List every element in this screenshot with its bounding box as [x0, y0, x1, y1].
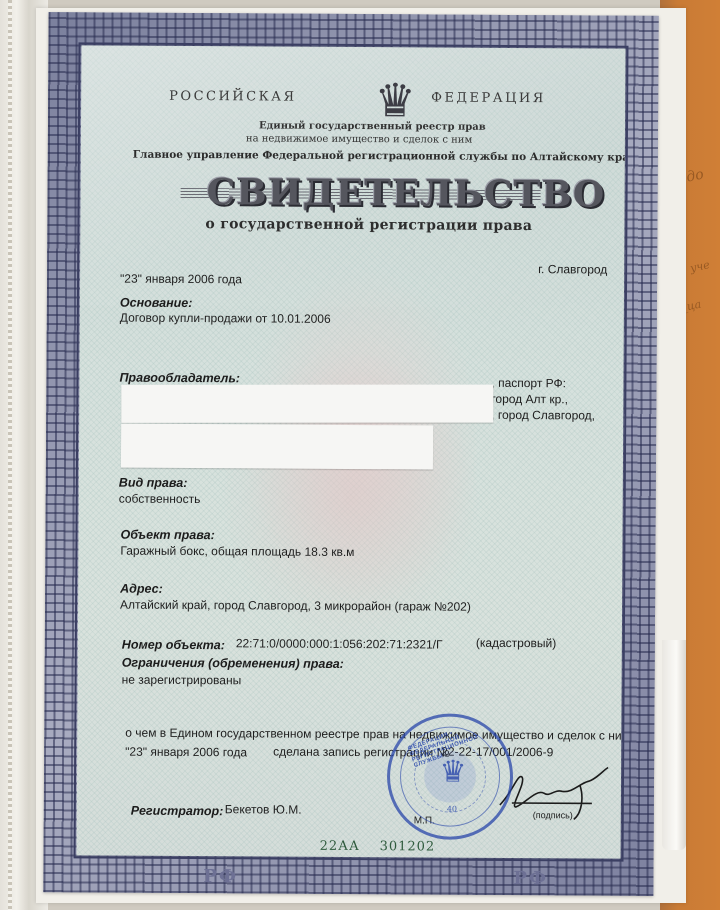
basis-label: Основание:: [120, 296, 193, 310]
redaction-strip: [121, 385, 493, 423]
object-label: Объект права:: [120, 528, 214, 543]
basis-value: Договор купли-продажи от 10.01.2006: [120, 311, 331, 326]
object-number-label: Номер объекта:: [122, 638, 225, 653]
object-value: Гаражный бокс, общая площадь 18.3 кв.м: [120, 544, 354, 559]
certificate-field: РОССИЙСКАЯ ♛ ФЕДЕРАЦИЯ Единый государств…: [77, 45, 626, 858]
right-type-value: собственность: [119, 492, 201, 506]
registry-record-line: о чем в Едином государственном реестре п…: [125, 726, 625, 743]
object-number-value: 22:71:0/0000:000:1:056:202:71:2321/Г: [236, 636, 443, 651]
encumbrance-label: Ограничения (обременения) права:: [122, 656, 344, 671]
holder-label: Правообладатель:: [119, 371, 240, 386]
printer-imprint: [660, 854, 666, 856]
serial-series: 22АА: [320, 839, 360, 854]
border-mark-rf: РФ: [513, 868, 548, 889]
border-mark-rf: РФ: [203, 866, 238, 887]
certificate: РФ РФ РОССИЙСКАЯ ♛ ФЕДЕРАЦИЯ Единый госу…: [43, 12, 658, 896]
serial-number: 301202: [380, 839, 436, 854]
registry-line-1: Единый государственный реестр прав: [259, 120, 486, 132]
certificate-title: СВИДЕТЕЛЬСТВО: [206, 171, 605, 215]
country-right: ФЕДЕРАЦИЯ: [431, 90, 546, 106]
registry-line-2: на недвижимое имущество и сделок с ним: [246, 133, 472, 145]
address-value: Алтайский край, город Славгород, 3 микро…: [120, 598, 471, 614]
department-name: Главное управление Федеральной регистрац…: [133, 149, 626, 164]
object-number-type: (кадастровый): [476, 636, 556, 650]
stamp-eagle-icon: ♛: [436, 755, 470, 791]
address-label: Адрес:: [120, 582, 163, 596]
encumbrance-value: не зарегистрированы: [122, 673, 242, 688]
redaction-strip: [121, 424, 433, 470]
folder-handwriting: уче: [689, 258, 711, 275]
issue-date: "23" января 2006 года: [120, 272, 242, 287]
holder-fragment: , паспорт РФ:: [491, 376, 566, 390]
stamp-number: 40: [447, 805, 457, 814]
stamp-ring-text: ФЕДЕРАЦИЯ • ФЕДЕРАЛЬНОЙ РЕГИСТРАЦИОННОЙ …: [407, 712, 511, 769]
double-headed-eagle-icon: ♛: [373, 72, 417, 128]
official-stamp: ФЕДЕРАЦИЯ • ФЕДЕРАЛЬНОЙ РЕГИСТРАЦИОННОЙ …: [387, 713, 514, 840]
country-left: РОССИЙСКАЯ: [169, 89, 296, 105]
holder-fragment: , город Славгород,: [491, 408, 595, 423]
holder-fragment: город Алт кр.,: [491, 392, 568, 406]
registry-record-date: "23" января 2006 года: [125, 745, 247, 760]
issue-city: г. Славгород: [538, 262, 607, 276]
registrar-name: Бекетов Ю.М.: [225, 802, 302, 816]
right-type-label: Вид права:: [119, 476, 188, 490]
paper-stack: [662, 640, 686, 850]
certificate-subtitle: о государственной регистрации права: [205, 216, 532, 234]
registrar-label: Регистратор:: [131, 804, 224, 819]
